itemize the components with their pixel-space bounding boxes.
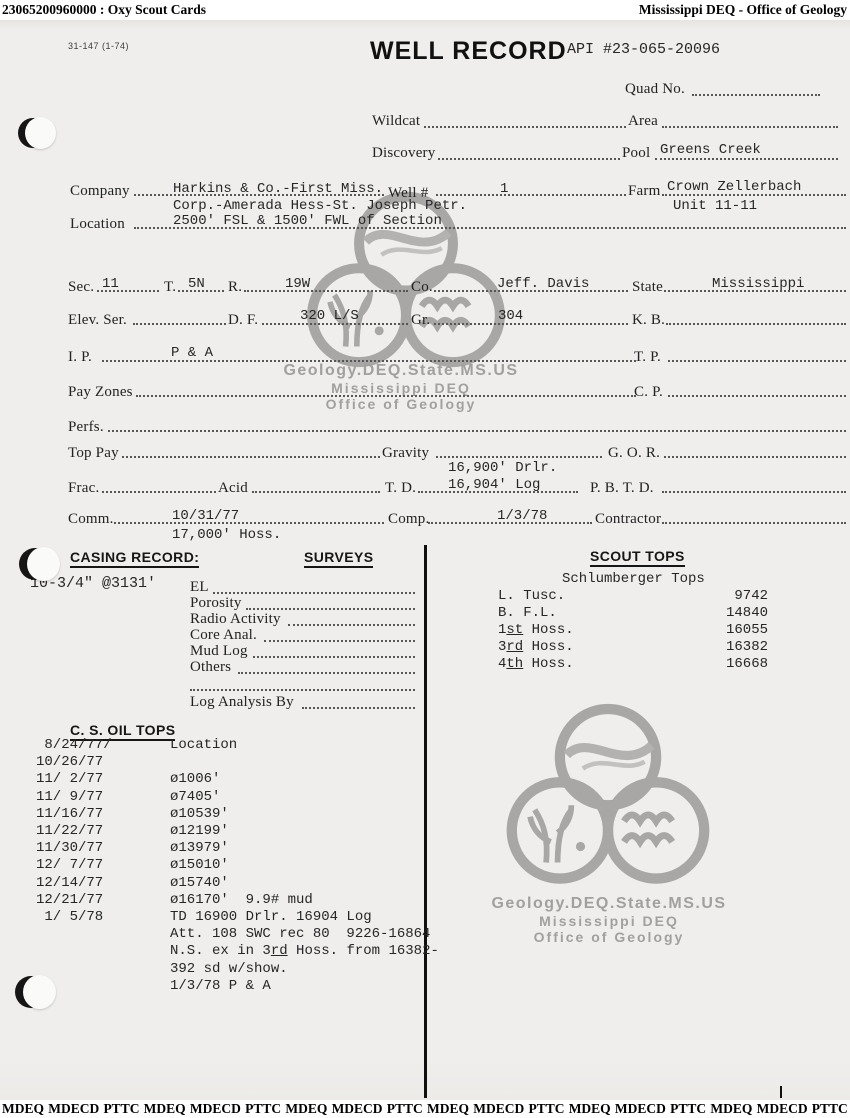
scout-top-name-ordinal: rd	[506, 639, 523, 655]
dotted-leader	[302, 707, 415, 709]
frac-label: Frac.	[68, 480, 99, 497]
scout-top-name: 3rd Hoss.	[498, 639, 574, 655]
ip-label: I. P.	[68, 349, 92, 366]
oil-top-note: ø16170' 9.9# mud	[170, 892, 313, 908]
pay-zones-label: Pay Zones	[68, 384, 133, 401]
comm-note-value: 17,000' Hoss.	[172, 527, 281, 543]
gor-label: G. O. R.	[608, 445, 660, 462]
dotted-leader	[213, 592, 415, 594]
footer-item: MDEQ	[144, 1101, 186, 1118]
scout-top-name-pre: B. F.L.	[498, 605, 557, 621]
footer-item: PTTC	[245, 1101, 281, 1118]
surveys-header: SURVEYS	[304, 549, 373, 568]
watermark-caption-lower: Geology.DEQ.State.MS.US Mississippi DEQ …	[486, 895, 732, 945]
wildcat-label: Wildcat	[372, 113, 420, 130]
watermark-url-text: Geology.DEQ.State.MS.US	[278, 362, 524, 380]
footer-item: MDEQ	[2, 1101, 44, 1118]
dotted-leader	[252, 491, 380, 493]
section-value: 11	[102, 276, 119, 292]
watermark-agency-text: Mississippi DEQ	[486, 913, 732, 929]
td-log-value: 16,904' Log	[448, 477, 540, 493]
dotted-leader	[133, 323, 226, 325]
scout-top-name-ordinal: st	[506, 622, 523, 638]
page-title: WELL RECORD	[370, 37, 567, 66]
scout-top-name-pre: L. Tusc.	[498, 588, 565, 604]
dotted-leader	[108, 430, 846, 432]
casing-record-header: CASING RECORD:	[70, 549, 199, 568]
footer-item: MDECD	[190, 1101, 241, 1118]
acid-label: Acid	[218, 480, 248, 497]
ground-label: Gr.	[411, 312, 430, 329]
dotted-leader	[253, 656, 415, 658]
footer-item: MDEQ	[710, 1101, 752, 1118]
td-label: T. D.	[385, 480, 416, 497]
state-label: State	[632, 279, 663, 296]
footer-item: PTTC	[812, 1101, 848, 1118]
dotted-leader	[190, 689, 415, 691]
scout-top-name: B. F.L.	[498, 605, 557, 621]
dotted-leader	[288, 624, 415, 626]
oil-top-note: 1/3/78 P & A	[170, 978, 271, 994]
punch-hole	[27, 547, 60, 581]
derrick-floor-label: D. F.	[228, 312, 258, 329]
scout-top-depth: 16382	[680, 639, 768, 655]
township-label: T.	[164, 279, 176, 296]
oil-top-date: 1/ 5/78	[36, 909, 103, 925]
td-driller-value: 16,900' Drlr.	[448, 460, 557, 476]
mdeq-logo-watermark-lower	[482, 702, 734, 897]
footer-item: MDECD	[615, 1101, 666, 1118]
company-value-line2: Corp.-Amerada Hess-St. Joseph Petr.	[173, 198, 467, 214]
dotted-leader	[692, 94, 820, 96]
location-label: Location	[70, 216, 125, 233]
comm-date-value: 10/31/77	[172, 508, 239, 524]
comm-label: Comm.	[68, 511, 114, 528]
scout-top-depth: 9742	[680, 588, 768, 604]
api-number: API #23-065-20096	[567, 41, 720, 58]
kelly-bushing-label: K. B.	[632, 312, 665, 329]
footer-item: MDECD	[332, 1101, 383, 1118]
footer-item: MDECD	[48, 1101, 99, 1118]
scan-edge-mark	[780, 1086, 782, 1098]
oil-top-date: 12/14/77	[36, 875, 103, 891]
survey-mud-log-label: Mud Log	[190, 643, 248, 660]
survey-radioactivity-label: Radio Activity	[190, 611, 281, 628]
dotted-leader	[438, 158, 620, 160]
dotted-leader	[664, 456, 846, 458]
dotted-leader	[668, 360, 846, 362]
watermark-office-text: Office of Geology	[278, 396, 524, 412]
oil-top-note: ø15740'	[170, 875, 229, 891]
pool-value: Greens Creek	[660, 142, 761, 158]
county-label: Co.	[411, 279, 433, 296]
scout-top-depth: 14840	[680, 605, 768, 621]
cp-label: C. P.	[634, 384, 663, 401]
footer-item: MDECD	[473, 1101, 524, 1118]
oil-top-note: 392 sd w/show.	[170, 961, 288, 977]
dotted-leader	[655, 158, 838, 160]
oil-top-date: 12/21/77	[36, 892, 103, 908]
dotted-leader	[662, 126, 838, 128]
county-value: Jeff. Davis	[497, 276, 589, 292]
survey-core-anal-label: Core Anal.	[190, 627, 257, 644]
dotted-leader	[666, 323, 846, 325]
range-value: 19W	[285, 276, 310, 292]
dotted-leader	[102, 491, 216, 493]
dotted-leader	[136, 395, 636, 397]
state-value: Mississippi	[712, 276, 804, 292]
discovery-label: Discovery	[372, 145, 435, 162]
oil-top-note: TD 16900 Drlr. 16904 Log	[170, 909, 372, 925]
oil-top-note: ø13979'	[170, 840, 229, 856]
survey-others-label: Others	[190, 659, 231, 676]
oil-top-note: ø7405'	[170, 789, 220, 805]
footer-item: PTTC	[670, 1101, 706, 1118]
comp-date-value: 1/3/78	[497, 508, 547, 524]
scout-top-depth: 16055	[680, 622, 768, 638]
oil-top-note-ordinal: rd	[271, 943, 288, 959]
scout-top-name-post: Hoss.	[523, 639, 573, 655]
watermark-agency-text: Mississippi DEQ	[278, 380, 524, 396]
comp-label: Comp.	[388, 511, 429, 528]
scout-top-name: L. Tusc.	[498, 588, 565, 604]
form-number: 31-147 (1-74)	[68, 41, 129, 51]
document-id-title: 23065200960000 : Oxy Scout Cards	[2, 2, 206, 18]
footer-item: PTTC	[103, 1101, 139, 1118]
agency-title: Mississippi DEQ - Office of Geology	[639, 2, 847, 18]
oil-top-date: 11/22/77	[36, 823, 103, 839]
oil-top-date: 10/26/77	[36, 754, 103, 770]
survey-porosity-label: Porosity	[190, 595, 242, 612]
pbtd-label: P. B. T. D.	[590, 480, 654, 497]
punch-hole	[25, 117, 56, 149]
contractor-label: Contractor	[595, 511, 661, 528]
footer-item: MDEQ	[569, 1101, 611, 1118]
section-label: Sec.	[68, 279, 94, 296]
dotted-leader	[244, 290, 408, 292]
oil-top-note: Location	[170, 737, 237, 753]
dotted-leader	[264, 640, 415, 642]
column-divider-line	[424, 545, 427, 1098]
oil-top-date: 11/ 2/77	[36, 771, 103, 787]
viewer-footer-bar: MDEQ MDECD PTTC MDEQ MDECD PTTC MDEQ MDE…	[0, 1100, 850, 1118]
range-label: R.	[228, 279, 242, 296]
dotted-leader	[434, 323, 628, 325]
township-value: 5N	[188, 276, 205, 292]
oil-top-note-pre: N.S. ex in 3	[170, 943, 271, 959]
dotted-leader	[122, 456, 380, 458]
dotted-leader	[662, 522, 846, 524]
farm-value-line2: Unit 11-11	[673, 198, 757, 214]
tp-label: T. P.	[634, 349, 661, 366]
top-pay-label: Top Pay	[68, 445, 119, 462]
scout-top-name: 1st Hoss.	[498, 622, 574, 638]
punch-hole	[23, 975, 56, 1009]
oil-top-note: ø12199'	[170, 823, 229, 839]
survey-el-label: EL	[190, 579, 209, 596]
oil-top-date: 12/ 7/77	[36, 857, 103, 873]
footer-item: PTTC	[387, 1101, 423, 1118]
scout-top-name-post: Hoss.	[523, 622, 573, 638]
dotted-leader	[668, 395, 846, 397]
watermark-office-text: Office of Geology	[486, 929, 732, 945]
gravity-label: Gravity	[382, 445, 429, 462]
farm-value-line1: Crown Zellerbach	[667, 179, 801, 195]
perfs-label: Perfs.	[68, 419, 104, 436]
scout-top-name-ordinal: th	[506, 656, 523, 672]
scout-tops-header: SCOUT TOPS	[590, 548, 685, 567]
oil-top-note: ø1006'	[170, 771, 220, 787]
well-number-value: 1	[500, 181, 508, 197]
company-value-line1: Harkins & Co.-First Miss.	[173, 181, 383, 197]
area-label: Area	[628, 113, 658, 130]
oil-top-note: ø15010'	[170, 857, 229, 873]
dotted-leader	[436, 456, 602, 458]
oil-top-note: ø10539'	[170, 806, 229, 822]
oil-top-note: N.S. ex in 3rd Hoss. from 16382-	[170, 943, 439, 959]
company-label: Company	[70, 183, 130, 200]
derrick-floor-value: 320 L/S	[300, 308, 359, 324]
footer-item: MDEQ	[285, 1101, 327, 1118]
footer-item: MDEQ	[427, 1101, 469, 1118]
oil-top-date: 11/ 9/77	[36, 789, 103, 805]
farm-label: Farm	[628, 183, 660, 200]
scout-tops-subheader: Schlumberger Tops	[562, 571, 705, 587]
dotted-leader	[246, 608, 415, 610]
oil-top-date: 11/30/77	[36, 840, 103, 856]
dotted-leader	[114, 522, 384, 524]
dotted-leader	[436, 194, 626, 196]
scout-top-name: 4th Hoss.	[498, 656, 574, 672]
dotted-leader	[662, 491, 846, 493]
ground-value: 304	[498, 308, 523, 324]
oil-top-date: 8/24/77/	[36, 737, 112, 753]
watermark-caption-upper: Geology.DEQ.State.MS.US Mississippi DEQ …	[278, 362, 524, 412]
viewer-header-bar: 23065200960000 : Oxy Scout Cards Mississ…	[0, 0, 850, 20]
oil-top-note-post: Hoss. from 16382-	[288, 943, 439, 959]
log-analysis-by-label: Log Analysis By	[190, 694, 294, 711]
scout-top-name-post: Hoss.	[523, 656, 573, 672]
scout-card-viewer: 23065200960000 : Oxy Scout Cards Mississ…	[0, 0, 850, 1118]
location-value: 2500' FSL & 1500' FWL of Section	[173, 213, 442, 229]
elev-ser-label: Elev. Ser.	[68, 312, 127, 329]
oil-top-date: 11/16/77	[36, 806, 103, 822]
ip-value: P & A	[171, 345, 213, 361]
footer-item: MDECD	[757, 1101, 808, 1118]
oil-top-note: Att. 108 SWC rec 80 9226-16864	[170, 926, 430, 942]
scout-top-depth: 16668	[680, 656, 768, 672]
pool-label: Pool	[622, 145, 650, 162]
dotted-leader	[424, 126, 626, 128]
footer-item: PTTC	[528, 1101, 564, 1118]
dotted-leader	[238, 672, 415, 674]
watermark-url-text: Geology.DEQ.State.MS.US	[486, 895, 732, 913]
quad-no-label: Quad No.	[625, 81, 685, 98]
